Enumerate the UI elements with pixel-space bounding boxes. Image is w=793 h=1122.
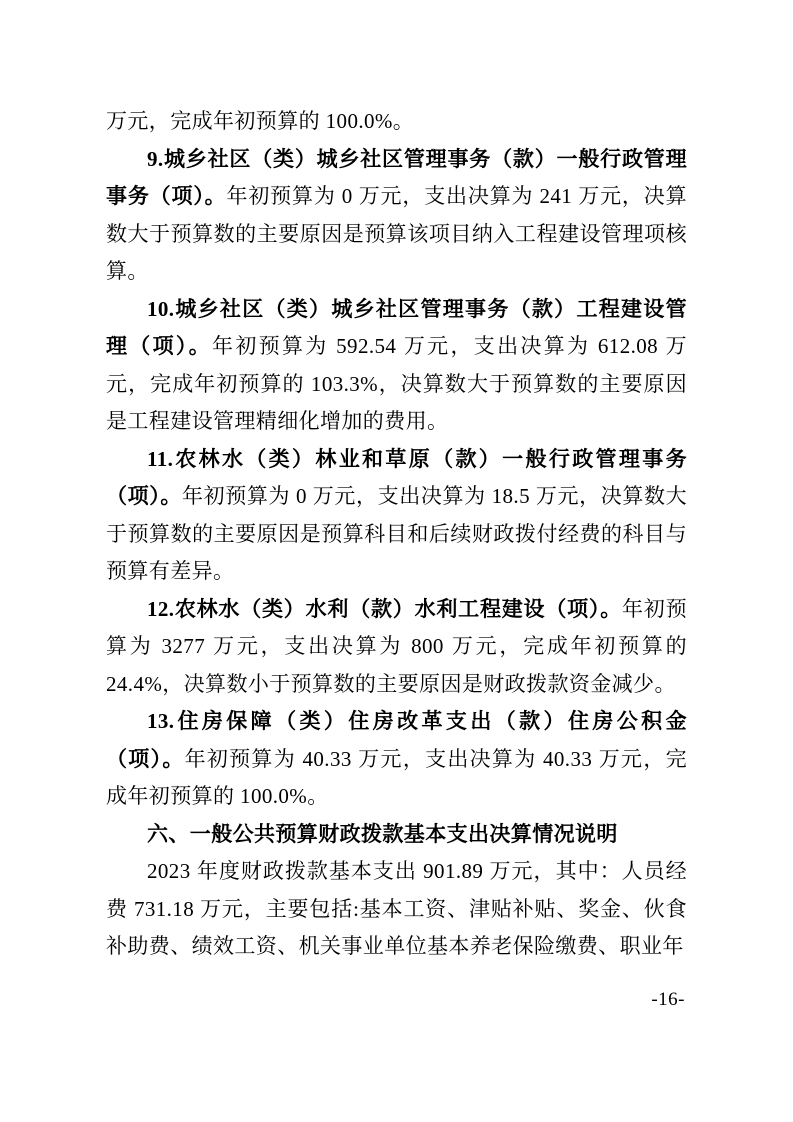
- budget-item-13: 13.住房保障（类）住房改革支出（款）住房公积金（项）。年初预算为 40.33 …: [106, 703, 687, 816]
- document-page: 万元，完成年初预算的 100.0%。 9.城乡社区（类）城乡社区管理事务（款）一…: [0, 0, 793, 1122]
- continuation-line: 万元，完成年初预算的 100.0%。: [106, 103, 687, 141]
- document-content: 万元，完成年初预算的 100.0%。 9.城乡社区（类）城乡社区管理事务（款）一…: [106, 103, 687, 966]
- budget-item-11-body: 年初预算为 0 万元，支出决算为 18.5 万元，决算数大于预算数的主要原因是预…: [106, 484, 687, 583]
- budget-item-12-title: 12.农林水（类）水利（款）水利工程建设（项）。: [147, 597, 622, 621]
- budget-item-12: 12.农林水（类）水利（款）水利工程建设（项）。年初预算为 3277 万元，支出…: [106, 591, 687, 704]
- budget-item-10: 10.城乡社区（类）城乡社区管理事务（款）工程建设管理（项）。年初预算为 592…: [106, 291, 687, 441]
- closing-paragraph: 2023 年度财政拨款基本支出 901.89 万元，其中：人员经费 731.18…: [106, 853, 687, 966]
- section-heading: 六、一般公共预算财政拨款基本支出决算情况说明: [106, 816, 687, 854]
- budget-item-11: 11.农林水（类）林业和草原（款）一般行政管理事务（项）。年初预算为 0 万元，…: [106, 441, 687, 591]
- budget-item-13-body: 年初预算为 40.33 万元，支出决算为 40.33 万元，完成年初预算的 10…: [106, 747, 687, 809]
- page-number: -16-: [651, 986, 685, 1014]
- budget-item-9: 9.城乡社区（类）城乡社区管理事务（款）一般行政管理事务（项）。年初预算为 0 …: [106, 141, 687, 291]
